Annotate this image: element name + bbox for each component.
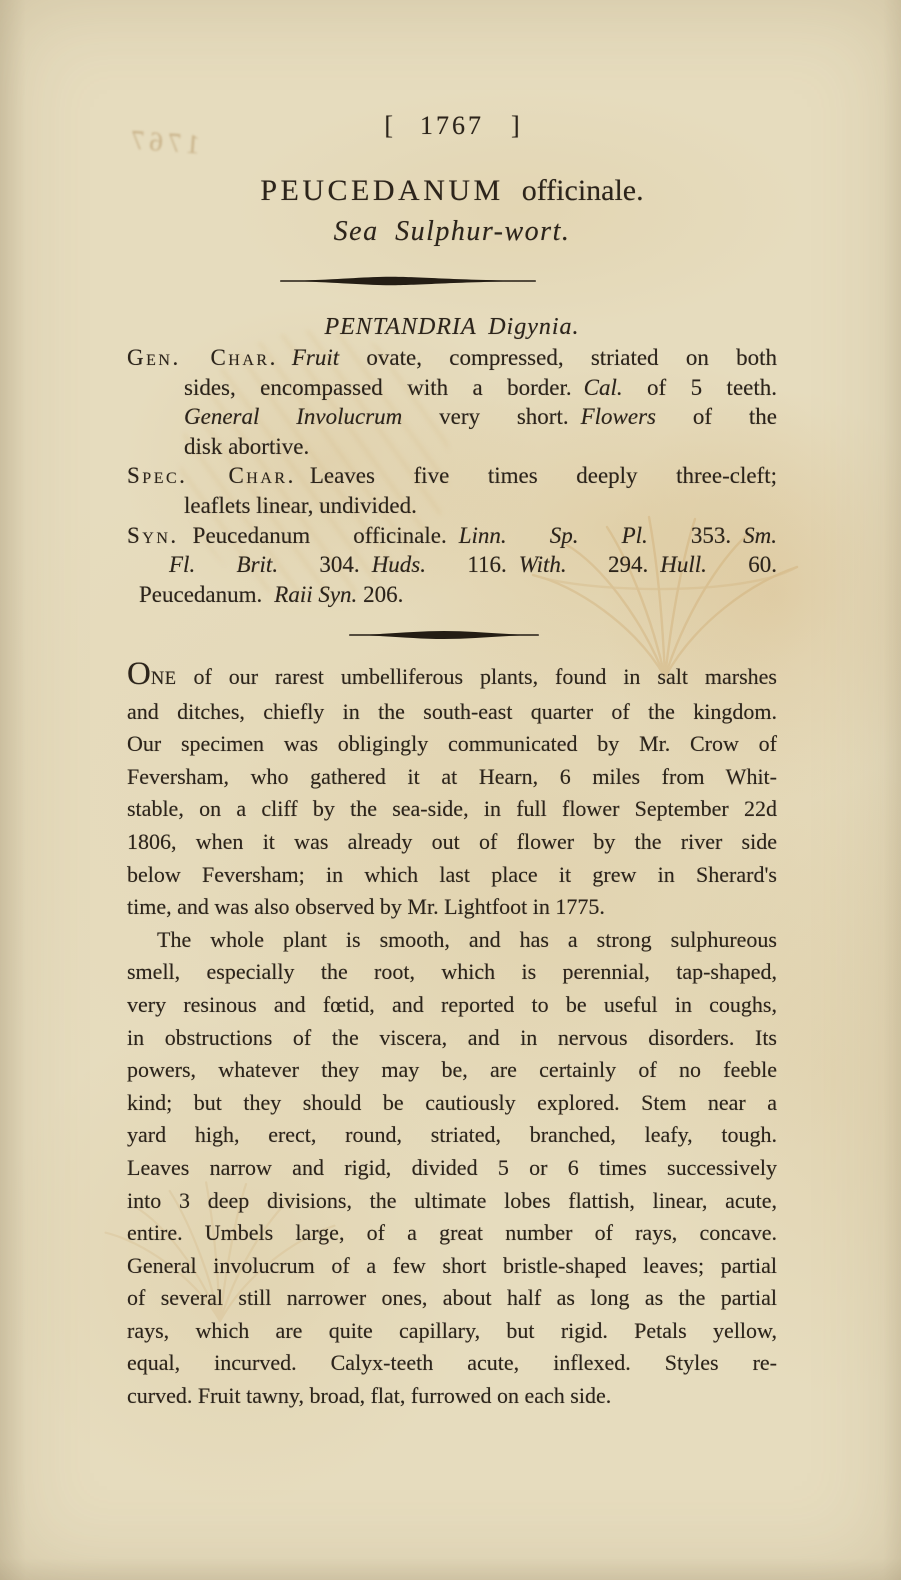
text-line: yard high, erect, round, striated, branc… (127, 1119, 777, 1152)
text-column: [1767] PEUCEDANUMofficinale. Sea Sulphur… (127, 0, 777, 1580)
page-number-bracket-left: [ (384, 111, 393, 140)
text-line: and ditches, chiefly in the south-east q… (127, 696, 777, 729)
description-text: ONE of our rarest umbelliferous plants, … (127, 661, 777, 1413)
text-line: Leaves narrow and rigid, divided 5 or 6 … (127, 1152, 777, 1185)
text-line: Gen. Char.Fruit ovate, compressed, stria… (127, 343, 777, 373)
description-paragraph-2: The whole plant is smooth, and has a str… (127, 924, 777, 1413)
text-line: very resinous and fœtid, and reported to… (127, 989, 777, 1022)
text-line: in obstructions of the viscera, and in n… (127, 1022, 777, 1055)
text-line: Our specimen was obligingly communicated… (127, 728, 777, 761)
text-line: Spec. Char.Leaves five times deeply thre… (127, 461, 777, 491)
description-paragraph-1: ONE of our rarest umbelliferous plants, … (127, 661, 777, 924)
text-line: time, and was also observed by Mr. Light… (127, 891, 777, 924)
common-name: Sea Sulphur-wort. (127, 216, 777, 248)
page-number-bracket-right: ] (511, 111, 520, 140)
text-line: General Involucrum very short.Flowers of… (127, 402, 777, 432)
text-line: stable, on a cliff by the sea-side, in f… (127, 793, 777, 826)
text-line: Fl. Brit. 304.Huds. 116.With. 294.Hull. … (127, 550, 777, 580)
text-line: The whole plant is smooth, and has a str… (127, 924, 777, 957)
character-definitions: Gen. Char.Fruit ovate, compressed, stria… (127, 343, 777, 609)
text-line: General involucrum of a few short bristl… (127, 1250, 777, 1283)
text-line: of several still narrower ones, about ha… (127, 1282, 777, 1315)
text-line: curved. Fruit tawny, broad, flat, furrow… (127, 1380, 777, 1413)
swelled-rule-top-icon (279, 275, 537, 287)
text-line: into 3 deep divisions, the ultimate lobe… (127, 1185, 777, 1218)
text-line: sides, encompassed with a border.Cal. of… (127, 373, 777, 403)
page-number-value: 1767 (420, 111, 484, 141)
linnaean-class-heading: PENTANDRIA Digynia. (127, 314, 777, 341)
text-line: below Feversham; in which last place it … (127, 859, 777, 892)
text-line: ONE of our rarest umbelliferous plants, … (127, 661, 777, 696)
text-line: Feversham, who gathered it at Hearn, 6 m… (127, 761, 777, 794)
text-line: powers, whatever they may be, are certai… (127, 1054, 777, 1087)
text-line: entire. Umbels large, of a great number … (127, 1217, 777, 1250)
species-title: PEUCEDANUMofficinale. (127, 174, 777, 208)
text-line: kind; but they should be cautiously expl… (127, 1087, 777, 1120)
page-number: [1767] (127, 111, 777, 141)
text-line: smell, especially the root, which is per… (127, 956, 777, 989)
text-line: rays, which are quite capillary, but rig… (127, 1315, 777, 1348)
text-line: leaflets linear, undivided. (127, 491, 777, 521)
scanned-book-page: { "colors": { "paper": "#e6dcbe", "ink":… (0, 0, 901, 1580)
text-line: equal, incurved. Calyx-teeth acute, infl… (127, 1347, 777, 1380)
text-line: 1806, when it was already out of flower … (127, 826, 777, 859)
text-line: Syn.Peucedanum officinale.Linn. Sp. Pl. … (127, 521, 777, 551)
swelled-rule-middle-icon (348, 629, 540, 641)
genus-name: PEUCEDANUM (260, 174, 503, 207)
text-line: Peucedanum.Raii Syn. 206. (127, 580, 777, 610)
text-line: disk abortive. (127, 432, 777, 462)
species-epithet: officinale. (522, 174, 644, 207)
